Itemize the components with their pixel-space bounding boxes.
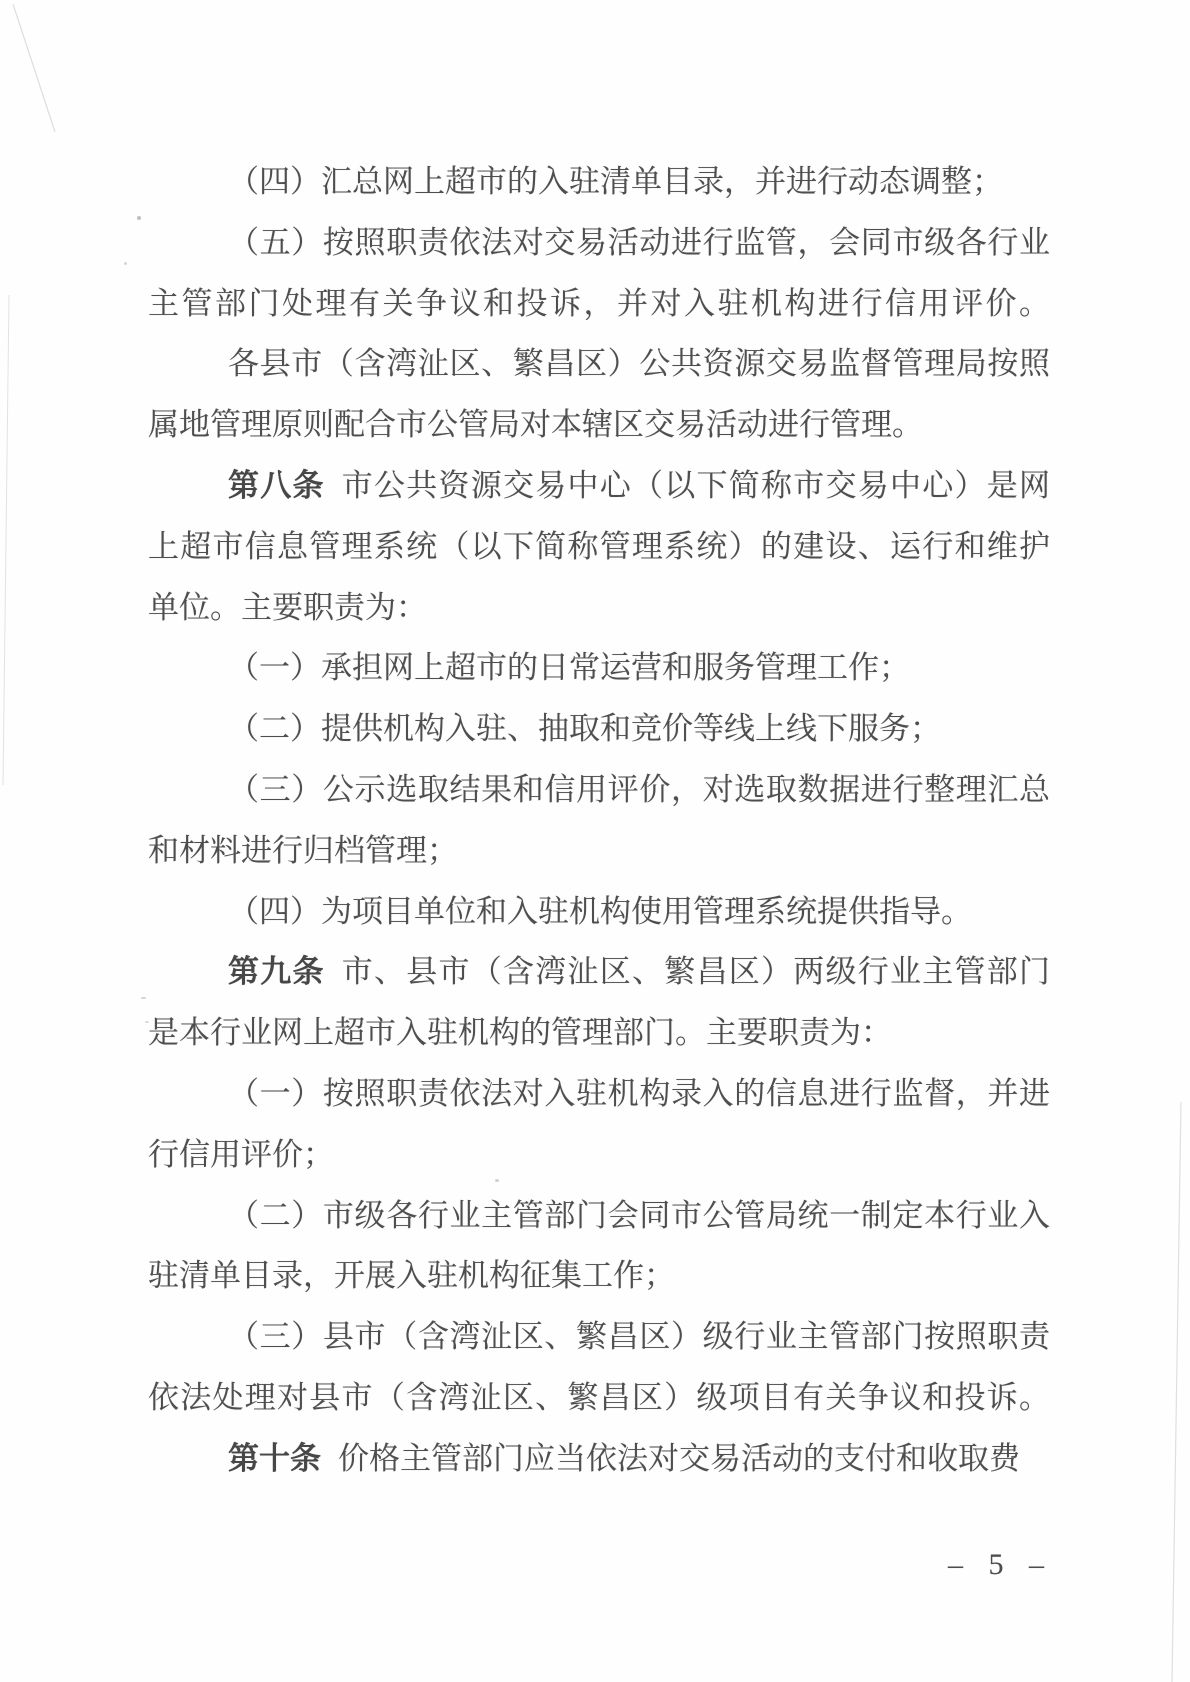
line-text: （三）县市（含湾沚区、繁昌区）级行业主管部门按照职责 [228,1319,1050,1354]
document-line: 行信用评价； [148,1125,1050,1186]
line-text: 单位。主要职责为： [148,590,427,625]
line-text: 市公共资源交易中心（以下简称市交易中心）是网 [342,468,1050,503]
line-text: （五）按照职责依法对交易活动进行监管，会同市级各行业 [228,225,1050,260]
line-text: 主管部门处理有关争议和投诉，并对入驻机构进行信用评价。 [148,286,1050,321]
document-line: 各县市（含湾沚区、繁昌区）公共资源交易监督管理局按照 [148,334,1050,395]
line-text: （二）提供机构入驻、抽取和竞价等线上线下服务； [228,711,941,746]
document-line: （一）承担网上超市的日常运营和服务管理工作； [148,638,1050,699]
document-line: 上超市信息管理系统（以下简称管理系统）的建设、运行和维护 [148,517,1050,578]
scan-line-left-edge [3,295,9,785]
line-text: 上超市信息管理系统（以下简称管理系统）的建设、运行和维护 [148,529,1050,564]
line-text: （一）承担网上超市的日常运营和服务管理工作； [228,650,910,685]
scan-line-right-edge [1172,1102,1181,1682]
document-line: 是本行业网上超市入驻机构的管理部门。主要职责为： [148,1003,1050,1064]
line-text: 市、县市（含湾沚区、繁昌区）两级行业主管部门 [342,954,1050,989]
article-number: 第八条 [228,468,325,503]
document-line: （三）县市（含湾沚区、繁昌区）级行业主管部门按照职责 [148,1307,1050,1368]
line-text: （二）市级各行业主管部门会同市公管局统一制定本行业入 [228,1198,1050,1233]
line-text: （一）按照职责依法对入驻机构录入的信息进行监督，并进 [228,1076,1050,1111]
page-number: – 5 – [948,1548,1053,1582]
line-text: 属地管理原则配合市公管局对本辖区交易活动进行管理。 [148,407,923,442]
document-line: （一）按照职责依法对入驻机构录入的信息进行监督，并进 [148,1064,1050,1125]
line-text: 依法处理对县市（含湾沚区、繁昌区）级项目有关争议和投诉。 [148,1380,1050,1415]
document-line: （二）市级各行业主管部门会同市公管局统一制定本行业入 [148,1186,1050,1247]
line-text: 价格主管部门应当依法对交易活动的支付和收取费 [338,1441,1020,1476]
document-line: 第八条市公共资源交易中心（以下简称市交易中心）是网 [148,456,1050,517]
line-text: 是本行业网上超市入驻机构的管理部门。主要职责为： [148,1015,892,1050]
document-line: 单位。主要职责为： [148,578,1050,639]
scan-speckle [137,216,141,220]
document-line: 依法处理对县市（含湾沚区、繁昌区）级项目有关争议和投诉。 [148,1368,1050,1429]
line-text: 各县市（含湾沚区、繁昌区）公共资源交易监督管理局按照 [228,346,1050,381]
document-line: 主管部门处理有关争议和投诉，并对入驻机构进行信用评价。 [148,274,1050,335]
document-line: 驻清单目录，开展入驻机构征集工作； [148,1246,1050,1307]
document-body: （四）汇总网上超市的入驻清单目录，并进行动态调整； （五）按照职责依法对交易活动… [148,152,1050,1490]
line-text: （四）汇总网上超市的入驻清单目录，并进行动态调整； [228,164,1003,199]
line-text: （四）为项目单位和入驻机构使用管理系统提供指导。 [228,894,972,929]
article-number: 第九条 [228,954,325,989]
scanned-document-page: （四）汇总网上超市的入驻清单目录，并进行动态调整； （五）按照职责依法对交易活动… [0,0,1190,1682]
document-line: 第九条市、县市（含湾沚区、繁昌区）两级行业主管部门 [148,942,1050,1003]
document-line: （四）汇总网上超市的入驻清单目录，并进行动态调整； [148,152,1050,213]
article-number: 第十条 [228,1441,321,1476]
document-line: 第十条价格主管部门应当依法对交易活动的支付和收取费 [148,1429,1050,1490]
document-line: （三）公示选取结果和信用评价，对选取数据进行整理汇总 [148,760,1050,821]
document-line: 和材料进行归档管理； [148,821,1050,882]
line-text: 行信用评价； [148,1137,334,1172]
scan-speckle [141,997,146,999]
line-text: （三）公示选取结果和信用评价，对选取数据进行整理汇总 [228,772,1050,807]
scan-speckle [124,262,127,265]
line-text: 驻清单目录，开展入驻机构征集工作； [148,1258,675,1293]
document-line: （二）提供机构入驻、抽取和竞价等线上线下服务； [148,699,1050,760]
line-text: 和材料进行归档管理； [148,833,458,868]
document-line: （四）为项目单位和入驻机构使用管理系统提供指导。 [148,882,1050,943]
document-line: （五）按照职责依法对交易活动进行监管，会同市级各行业 [148,213,1050,274]
document-line: 属地管理原则配合市公管局对本辖区交易活动进行管理。 [148,395,1050,456]
scan-line-top-left [13,4,55,132]
